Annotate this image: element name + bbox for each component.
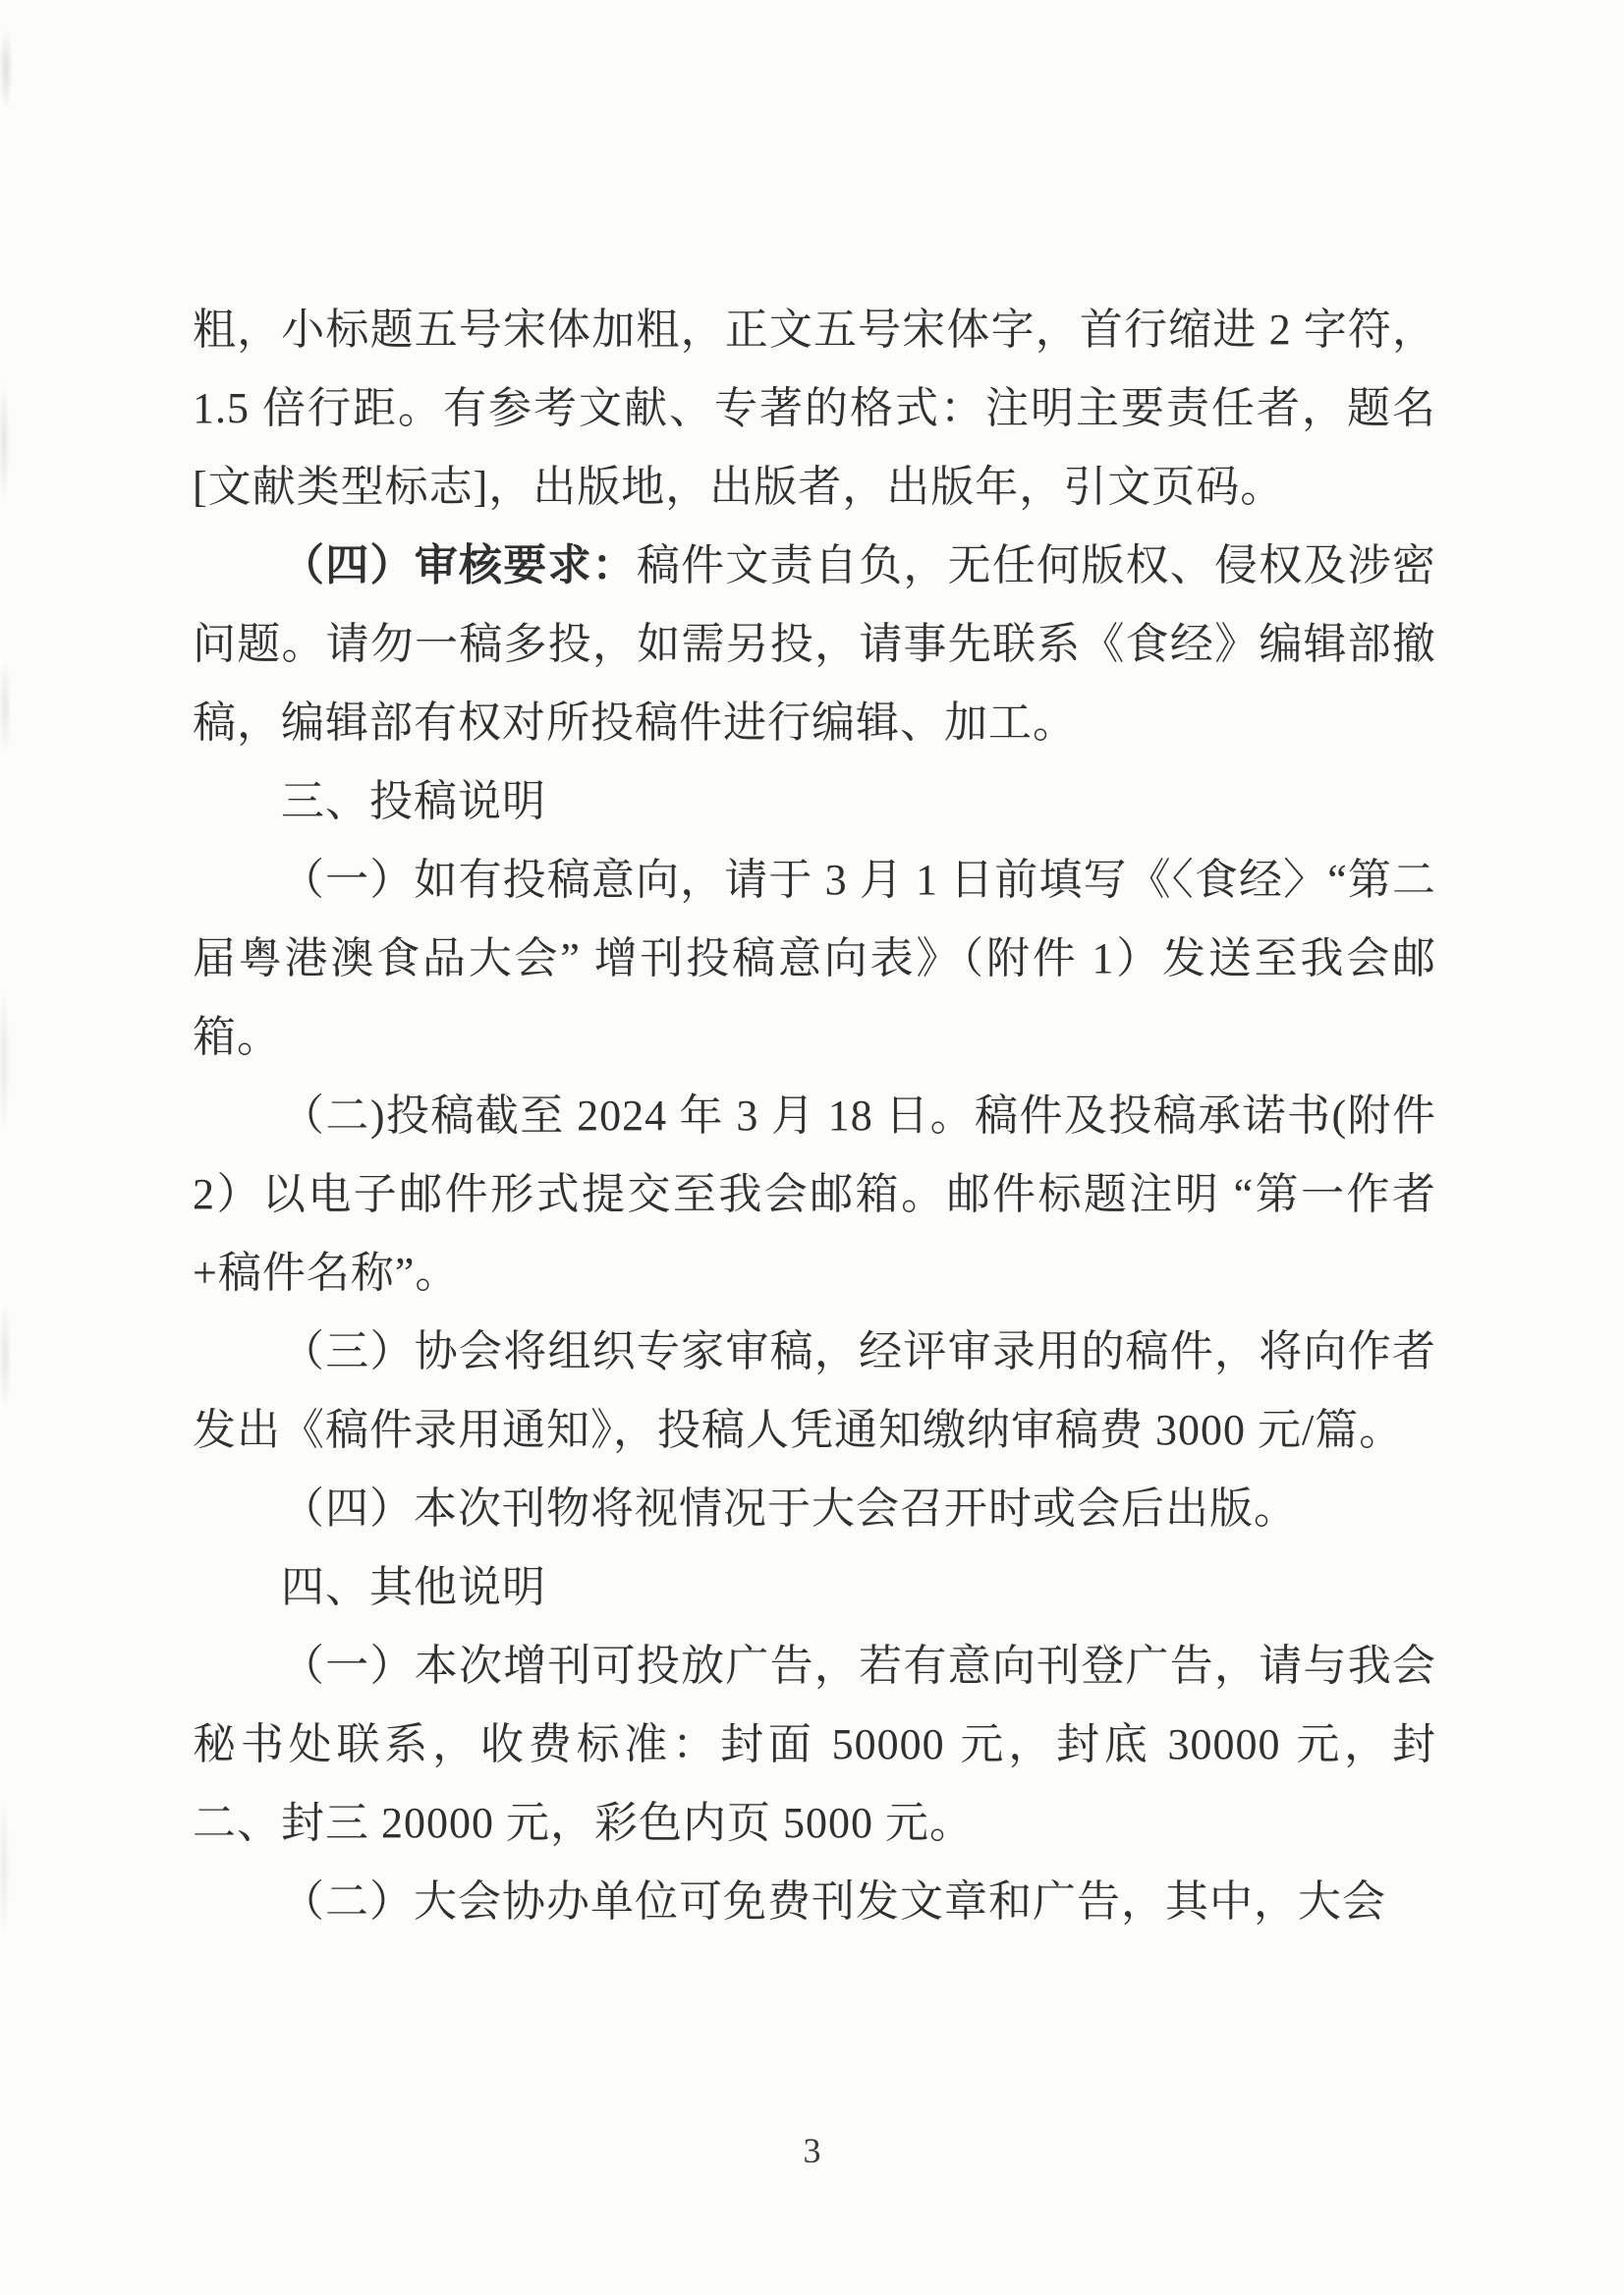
paragraph-review-requirements: （四）审核要求：稿件文责自负，无任何版权、侵权及涉密问题。请勿一稿多投，如需另投… (193, 527, 1436, 762)
paragraph-submission-item-3: （三）协会将组织专家审稿，经评审录用的稿件，将向作者发出《稿件录用通知》，投稿人… (193, 1313, 1436, 1470)
page-footer: 3 (0, 2130, 1624, 2171)
paragraph-submission-item-4: （四）本次刊物将视情况于大会召开时或会后出版。 (193, 1470, 1436, 1548)
paragraph-submission-item-1: （一）如有投稿意向，请于 3 月 1 日前填写《〈食经〉“第二届粤港澳食品大会”… (193, 841, 1436, 1077)
document-content: 粗，小标题五号宋体加粗，正文五号宋体字，首行缩进 2 字符，1.5 倍行距。有参… (193, 291, 1436, 1941)
section-heading-other-instructions: 四、其他说明 (193, 1548, 1436, 1627)
paragraph-other-item-1: （一）本次增刊可投放广告，若有意向刊登广告，请与我会秘书处联系，收费标准：封面 … (193, 1627, 1436, 1863)
scan-smudge-artifacts (0, 0, 26, 2295)
paragraph-other-item-2: （二）大会协办单位可免费刊发文章和广告，其中，大会 (193, 1863, 1436, 1941)
page-number: 3 (804, 2131, 821, 2170)
section-heading-submission-instructions: 三、投稿说明 (193, 762, 1436, 841)
paragraph-review-requirements-lead: （四）审核要求： (281, 541, 637, 589)
paragraph-format-continuation: 粗，小标题五号宋体加粗，正文五号宋体字，首行缩进 2 字符，1.5 倍行距。有参… (193, 291, 1436, 527)
paragraph-submission-item-2: （二)投稿截至 2024 年 3 月 18 日。稿件及投稿承诺书(附件 2）以电… (193, 1077, 1436, 1313)
document-page: 粗，小标题五号宋体加粗，正文五号宋体字，首行缩进 2 字符，1.5 倍行距。有参… (0, 0, 1624, 2295)
